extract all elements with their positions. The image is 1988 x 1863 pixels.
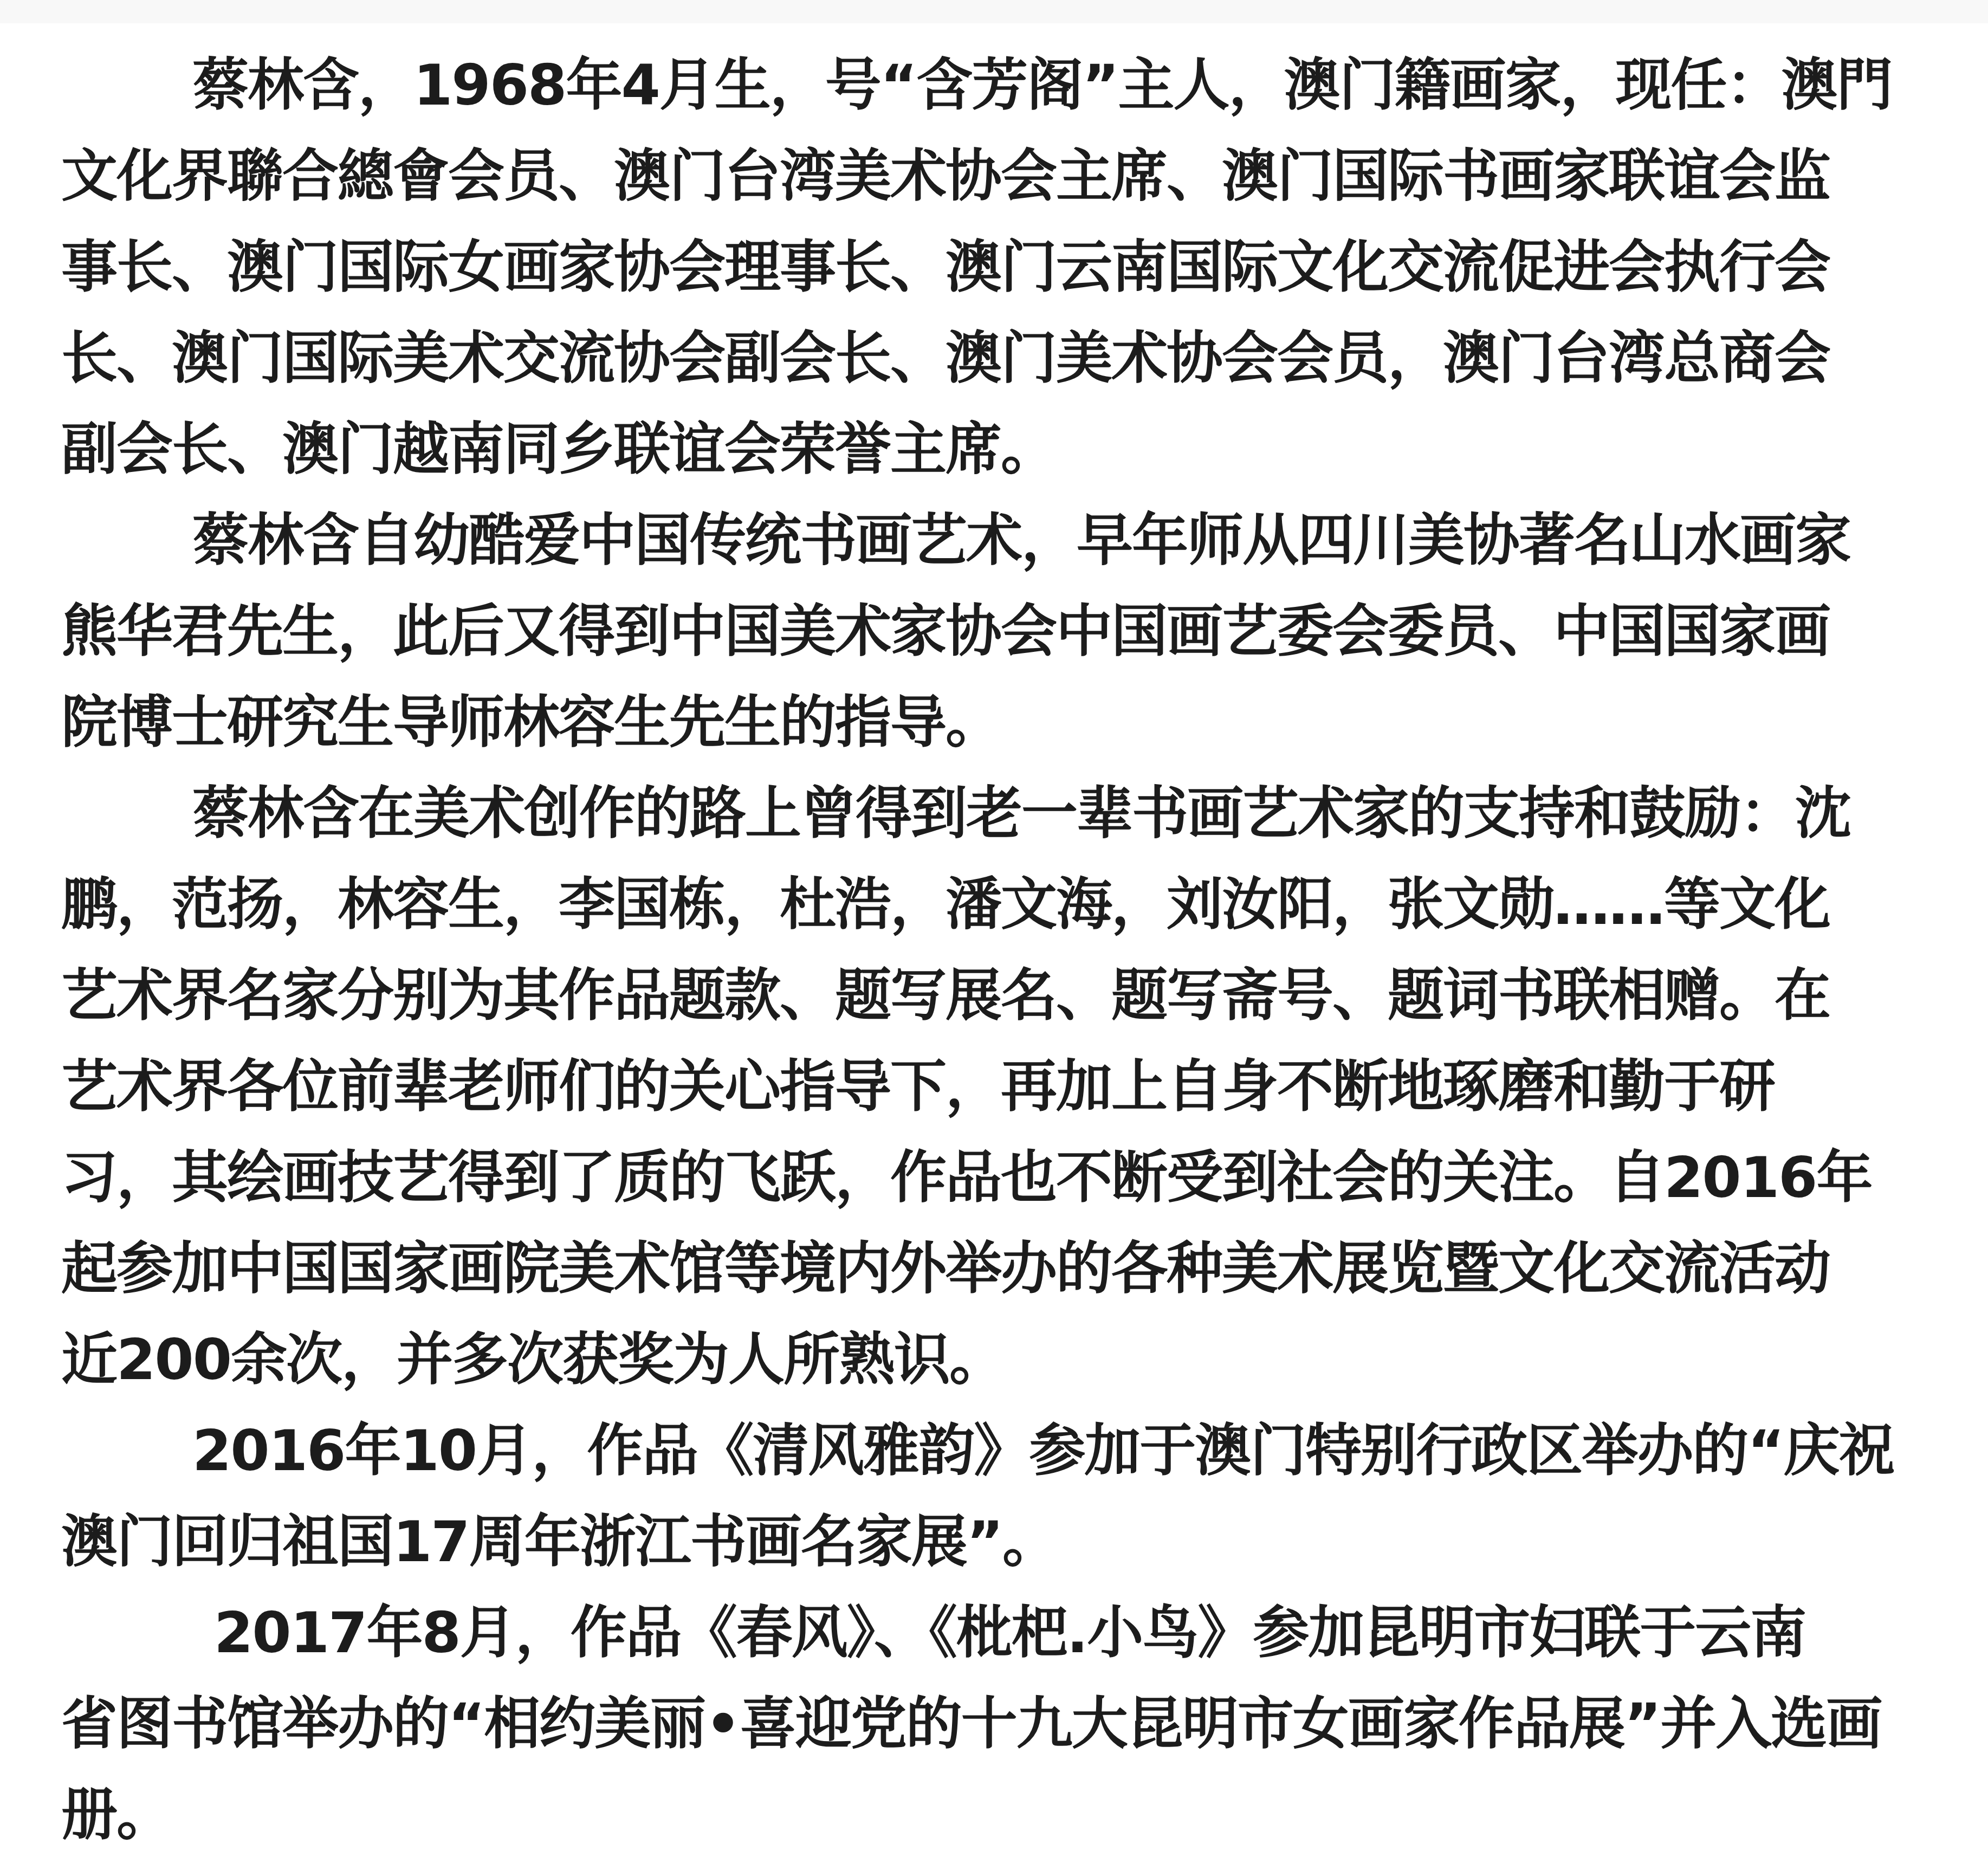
text-line: 副会长、澳门越南同乡联谊会荣誉主席。 [61,404,1988,495]
text-line: 蔡林含自幼酷爱中国传统书画艺术，早年师从四川美协著名山水画家 [61,495,1988,586]
text-line: 近200余次，并多次获奖为人所熟识。 [61,1314,1988,1405]
text-line: 蔡林含，1968年4月生，号“含芳阁”主人，澳门籍画家，现任：澳門 [61,40,1988,131]
text-line: 起参加中国国家画院美术馆等境内外举办的各种美术展览暨文化交流活动 [61,1223,1988,1314]
paragraph-training: 蔡林含自幼酷爱中国传统书画艺术，早年师从四川美协著名山水画家 熊华君先生，此后又… [61,495,1988,768]
text-line: 蔡林含在美术创作的路上曾得到老一辈书画艺术家的支持和鼓励：沈 [61,768,1988,859]
paragraph-intro: 蔡林含，1968年4月生，号“含芳阁”主人，澳门籍画家，现任：澳門 文化界聯合總… [61,40,1988,495]
paragraph-mentors: 蔡林含在美术创作的路上曾得到老一辈书画艺术家的支持和鼓励：沈 鹏，范扬，林容生，… [61,768,1988,1405]
text-line: 册。 [61,1769,1988,1860]
text-line: 文化界聯合總會会员、澳门台湾美术协会主席、澳门国际书画家联谊会监 [61,131,1988,222]
text-line: 鹏，范扬，林容生，李国栋，杜浩，潘文海，刘汝阳，张文勋……等文化 [61,859,1988,950]
text-line: 省图书馆举办的“相约美丽•喜迎党的十九大昆明市女画家作品展”并入选画 [61,1678,1988,1769]
top-bar [0,0,1988,23]
biography-article: 蔡林含，1968年4月生，号“含芳阁”主人，澳门籍画家，现任：澳門 文化界聯合總… [61,40,1988,1860]
text-line: 习，其绘画技艺得到了质的飞跃，作品也不断受到社会的关注。自2016年 [61,1132,1988,1223]
text-line: 2016年10月，作品《清风雅韵》参加于澳门特别行政区举办的“庆祝 [61,1405,1988,1496]
text-line: 事长、澳门国际女画家协会理事长、澳门云南国际文化交流促进会执行会 [61,222,1988,313]
text-line: 长、澳门国际美术交流协会副会长、澳门美术协会会员，澳门台湾总商会 [61,313,1988,404]
text-line: 艺术界各位前辈老师们的关心指导下，再加上自身不断地琢磨和勤于研 [61,1041,1988,1132]
text-line: 艺术界名家分别为其作品题款、题写展名、题写斋号、题词书联相赠。在 [61,950,1988,1041]
text-line: 熊华君先生，此后又得到中国美术家协会中国画艺委会委员、中国国家画 [61,586,1988,677]
text-line: 2017年8月，作品《春风》、《枇杷.小鸟》参加昆明市妇联于云南 [61,1587,1988,1678]
paragraph-exhibition-2016: 2016年10月，作品《清风雅韵》参加于澳门特别行政区举办的“庆祝 澳门回归祖国… [61,1405,1988,1587]
text-line: 澳门回归祖国17周年浙江书画名家展”。 [61,1496,1988,1587]
paragraph-exhibition-2017: 2017年8月，作品《春风》、《枇杷.小鸟》参加昆明市妇联于云南 省图书馆举办的… [61,1587,1988,1860]
text-line: 院博士研究生导师林容生先生的指导。 [61,677,1988,768]
